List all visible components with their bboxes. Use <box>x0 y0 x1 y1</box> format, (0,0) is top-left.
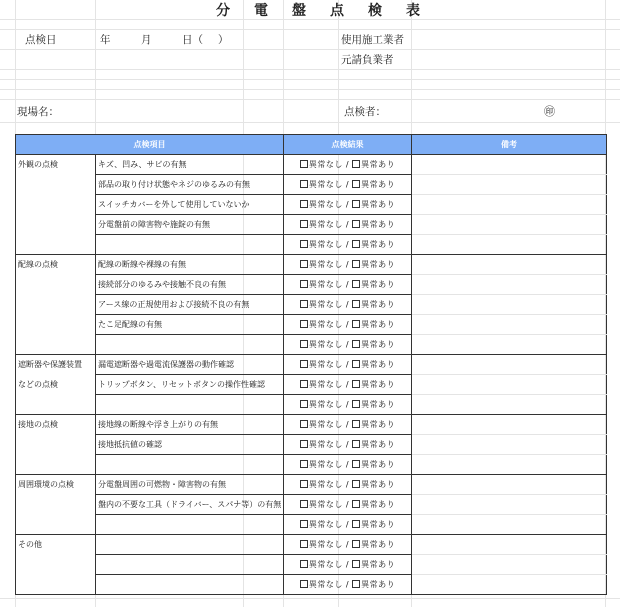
result-separator: / <box>343 460 352 469</box>
inspection-item-cell[interactable] <box>96 395 284 415</box>
abnormality-checkbox[interactable] <box>352 340 360 348</box>
abnormality-checkbox[interactable] <box>352 360 360 368</box>
remarks-cell[interactable] <box>412 255 607 275</box>
remarks-cell[interactable] <box>412 335 607 355</box>
table-row: 接地の点検接地線の断線や浮き上がりの有無異常なし / 異常あり <box>16 415 607 435</box>
table-row: 異常なし / 異常あり <box>16 335 607 355</box>
result-separator: / <box>343 580 352 589</box>
no-abnormality-label: 異常なし <box>309 320 343 329</box>
result-cell: 異常なし / 異常あり <box>284 355 412 375</box>
abnormality-checkbox[interactable] <box>352 460 360 468</box>
remarks-cell[interactable] <box>412 395 607 415</box>
no-abnormality-checkbox[interactable] <box>300 340 308 348</box>
no-abnormality-label: 異常なし <box>309 200 343 209</box>
no-abnormality-checkbox[interactable] <box>300 580 308 588</box>
remarks-cell[interactable] <box>412 415 607 435</box>
contractor-label: 使用施工業者 <box>341 33 404 47</box>
group-label-cell: 遮断器や保護装置 <box>16 355 96 375</box>
group-label-cell <box>16 195 96 215</box>
no-abnormality-checkbox[interactable] <box>300 420 308 428</box>
result-separator: / <box>343 560 352 569</box>
result-separator: / <box>343 180 352 189</box>
inspection-item-cell[interactable] <box>96 535 284 555</box>
inspection-item-cell[interactable] <box>96 335 284 355</box>
inspection-item-cell[interactable]: 接地線の断線や浮き上がりの有無 <box>96 415 284 435</box>
no-abnormality-label: 異常なし <box>309 380 343 389</box>
result-cell: 異常なし / 異常あり <box>284 275 412 295</box>
inspection-item-cell[interactable] <box>96 235 284 255</box>
result-cell: 異常なし / 異常あり <box>284 175 412 195</box>
column-header-remarks: 備考 <box>412 135 607 155</box>
group-label-cell <box>16 495 96 515</box>
group-label-cell: 外観の点検 <box>16 155 96 175</box>
table-row: 遮断器や保護装置漏電遮断器や過電流保護器の動作確認異常なし / 異常あり <box>16 355 607 375</box>
result-separator: / <box>343 380 352 389</box>
weekday-close-paren: ） <box>218 33 229 47</box>
result-separator: / <box>343 400 352 409</box>
inspection-item-cell[interactable]: 分電盤前の障害物や施錠の有無 <box>96 215 284 235</box>
result-separator: / <box>343 440 352 449</box>
no-abnormality-checkbox[interactable] <box>300 360 308 368</box>
abnormality-label: 異常あり <box>361 460 395 469</box>
result-cell: 異常なし / 異常あり <box>284 415 412 435</box>
inspection-item-cell[interactable]: 接地抵抗値の確認 <box>96 435 284 455</box>
inspection-item-cell[interactable]: たこ足配線の有無 <box>96 315 284 335</box>
group-label-cell <box>16 555 96 575</box>
abnormality-checkbox[interactable] <box>352 420 360 428</box>
result-separator: / <box>343 520 352 529</box>
no-abnormality-label: 異常なし <box>309 460 343 469</box>
abnormality-label: 異常あり <box>361 540 395 549</box>
table-row: 接続部分のゆるみや接触不良の有無異常なし / 異常あり <box>16 275 607 295</box>
remarks-cell[interactable] <box>412 575 607 595</box>
group-label-cell <box>16 315 96 335</box>
abnormality-checkbox[interactable] <box>352 160 360 168</box>
result-separator: / <box>343 260 352 269</box>
no-abnormality-checkbox[interactable] <box>300 520 308 528</box>
result-cell: 異常なし / 異常あり <box>284 195 412 215</box>
title-char: 分 <box>216 0 230 20</box>
no-abnormality-checkbox[interactable] <box>300 560 308 568</box>
site-name-label: 現場名： <box>17 105 59 119</box>
result-separator: / <box>343 480 352 489</box>
result-cell: 異常なし / 異常あり <box>284 495 412 515</box>
remarks-cell[interactable] <box>412 535 607 555</box>
table-row: 分電盤前の障害物や施錠の有無異常なし / 異常あり <box>16 215 607 235</box>
abnormality-label: 異常あり <box>361 440 395 449</box>
group-label-cell <box>16 215 96 235</box>
result-separator: / <box>343 420 352 429</box>
table-row: 異常なし / 異常あり <box>16 575 607 595</box>
table-header-row: 点検項目 点検結果 備考 <box>16 135 607 155</box>
no-abnormality-label: 異常なし <box>309 240 343 249</box>
table-row: 周囲環境の点検分電盤周囲の可燃物・障害物の有無異常なし / 異常あり <box>16 475 607 495</box>
abnormality-checkbox[interactable] <box>352 440 360 448</box>
remarks-cell[interactable] <box>412 375 607 395</box>
remarks-cell[interactable] <box>412 355 607 375</box>
inspection-item-cell[interactable]: 配線の断線や裸線の有無 <box>96 255 284 275</box>
no-abnormality-label: 異常なし <box>309 500 343 509</box>
abnormality-label: 異常あり <box>361 580 395 589</box>
result-cell: 異常なし / 異常あり <box>284 475 412 495</box>
result-separator: / <box>343 200 352 209</box>
group-label: 外観の点検 <box>18 160 58 169</box>
group-label: などの点検 <box>18 380 58 389</box>
inspection-item-cell[interactable]: アース線の正規使用および接続不良の有無 <box>96 295 284 315</box>
table-row: 盤内の不要な工具（ドライバー、スパナ等）の有無異常なし / 異常あり <box>16 495 607 515</box>
remarks-cell[interactable] <box>412 175 607 195</box>
year-field[interactable]: 年 <box>100 33 111 47</box>
inspection-item-cell[interactable]: スイッチカバーを外して使用していないか <box>96 195 284 215</box>
group-label: 接地の点検 <box>18 420 58 429</box>
abnormality-checkbox[interactable] <box>352 300 360 308</box>
abnormality-label: 異常あり <box>361 160 395 169</box>
table-body: 外観の点検キズ、凹み、サビの有無異常なし / 異常あり部品の取り付け状態やネジの… <box>16 155 607 595</box>
result-separator: / <box>343 240 352 249</box>
abnormality-checkbox[interactable] <box>352 520 360 528</box>
no-abnormality-label: 異常なし <box>309 180 343 189</box>
no-abnormality-checkbox[interactable] <box>300 200 308 208</box>
no-abnormality-checkbox[interactable] <box>300 320 308 328</box>
abnormality-label: 異常あり <box>361 280 395 289</box>
no-abnormality-checkbox[interactable] <box>300 180 308 188</box>
no-abnormality-checkbox[interactable] <box>300 480 308 488</box>
result-separator: / <box>343 300 352 309</box>
table-row: 異常なし / 異常あり <box>16 455 607 475</box>
no-abnormality-label: 異常なし <box>309 160 343 169</box>
abnormality-checkbox[interactable] <box>352 220 360 228</box>
abnormality-label: 異常あり <box>361 420 395 429</box>
group-label: 周囲環境の点検 <box>18 480 74 489</box>
abnormality-checkbox[interactable] <box>352 320 360 328</box>
title-char: 検 <box>368 0 382 20</box>
title-char: 表 <box>406 0 420 20</box>
abnormality-checkbox[interactable] <box>352 240 360 248</box>
result-cell: 異常なし / 異常あり <box>284 235 412 255</box>
result-cell: 異常なし / 異常あり <box>284 515 412 535</box>
no-abnormality-checkbox[interactable] <box>300 440 308 448</box>
no-abnormality-label: 異常なし <box>309 540 343 549</box>
abnormality-label: 異常あり <box>361 400 395 409</box>
group-label-cell <box>16 435 96 455</box>
group-label-cell: その他 <box>16 535 96 555</box>
table-row: 異常なし / 異常あり <box>16 515 607 535</box>
abnormality-label: 異常あり <box>361 300 395 309</box>
group-label-cell <box>16 395 96 415</box>
inspection-table: 点検項目 点検結果 備考 外観の点検キズ、凹み、サビの有無異常なし / 異常あり… <box>15 134 607 595</box>
no-abnormality-label: 異常なし <box>309 260 343 269</box>
result-cell: 異常なし / 異常あり <box>284 255 412 275</box>
table-row: 異常なし / 異常あり <box>16 395 607 415</box>
group-label-cell <box>16 515 96 535</box>
result-cell: 異常なし / 異常あり <box>284 575 412 595</box>
result-separator: / <box>343 540 352 549</box>
inspection-item-cell[interactable] <box>96 455 284 475</box>
table-row: 異常なし / 異常あり <box>16 235 607 255</box>
seal-icon: ㊞ <box>544 105 555 119</box>
group-label-cell: 配線の点検 <box>16 255 96 275</box>
result-cell: 異常なし / 異常あり <box>284 395 412 415</box>
title-char: 点 <box>330 0 344 20</box>
no-abnormality-checkbox[interactable] <box>300 240 308 248</box>
abnormality-label: 異常あり <box>361 500 395 509</box>
no-abnormality-label: 異常なし <box>309 420 343 429</box>
abnormality-checkbox[interactable] <box>352 540 360 548</box>
no-abnormality-label: 異常なし <box>309 280 343 289</box>
result-cell: 異常なし / 異常あり <box>284 155 412 175</box>
abnormality-label: 異常あり <box>361 220 395 229</box>
no-abnormality-label: 異常なし <box>309 400 343 409</box>
remarks-cell[interactable] <box>412 555 607 575</box>
result-cell: 異常なし / 異常あり <box>284 535 412 555</box>
table-row: 異常なし / 異常あり <box>16 555 607 575</box>
inspector-label: 点検者： <box>344 105 386 119</box>
table-row: 配線の点検配線の断線や裸線の有無異常なし / 異常あり <box>16 255 607 275</box>
title-char: 電 <box>254 0 268 20</box>
group-label-cell <box>16 455 96 475</box>
abnormality-label: 異常あり <box>361 200 395 209</box>
abnormality-checkbox[interactable] <box>352 380 360 388</box>
inspection-item-cell[interactable]: 接続部分のゆるみや接触不良の有無 <box>96 275 284 295</box>
abnormality-checkbox[interactable] <box>352 580 360 588</box>
abnormality-checkbox[interactable] <box>352 180 360 188</box>
no-abnormality-checkbox[interactable] <box>300 500 308 508</box>
no-abnormality-checkbox[interactable] <box>300 460 308 468</box>
abnormality-label: 異常あり <box>361 240 395 249</box>
group-label-cell <box>16 175 96 195</box>
group-label-cell <box>16 235 96 255</box>
inspection-item-cell[interactable]: 部品の取り付け状態やネジのゆるみの有無 <box>96 175 284 195</box>
no-abnormality-checkbox[interactable] <box>300 260 308 268</box>
result-separator: / <box>343 220 352 229</box>
result-separator: / <box>343 360 352 369</box>
remarks-cell[interactable] <box>412 235 607 255</box>
inspection-item-cell[interactable] <box>96 515 284 535</box>
abnormality-checkbox[interactable] <box>352 480 360 488</box>
result-cell: 異常なし / 異常あり <box>284 555 412 575</box>
table-row: 接地抵抗値の確認異常なし / 異常あり <box>16 435 607 455</box>
table-row: その他異常なし / 異常あり <box>16 535 607 555</box>
table-row: たこ足配線の有無異常なし / 異常あり <box>16 315 607 335</box>
abnormality-checkbox[interactable] <box>352 500 360 508</box>
group-label-cell <box>16 295 96 315</box>
remarks-cell[interactable] <box>412 215 607 235</box>
remarks-cell[interactable] <box>412 495 607 515</box>
table-row: アース線の正規使用および接続不良の有無異常なし / 異常あり <box>16 295 607 315</box>
no-abnormality-checkbox[interactable] <box>300 160 308 168</box>
result-separator: / <box>343 160 352 169</box>
group-label-cell <box>16 335 96 355</box>
remarks-cell[interactable] <box>412 155 607 175</box>
title-char: 盤 <box>292 0 306 20</box>
result-cell: 異常なし / 異常あり <box>284 335 412 355</box>
abnormality-label: 異常あり <box>361 520 395 529</box>
no-abnormality-checkbox[interactable] <box>300 220 308 228</box>
no-abnormality-label: 異常なし <box>309 220 343 229</box>
abnormality-label: 異常あり <box>361 340 395 349</box>
abnormality-checkbox[interactable] <box>352 560 360 568</box>
result-cell: 異常なし / 異常あり <box>284 215 412 235</box>
page-title: 分 電 盤 点 検 表 <box>200 1 430 19</box>
month-field[interactable]: 月 <box>141 33 152 47</box>
no-abnormality-label: 異常なし <box>309 340 343 349</box>
day-field[interactable]: 日（ <box>182 33 203 47</box>
inspection-item-cell[interactable]: キズ、凹み、サビの有無 <box>96 155 284 175</box>
abnormality-checkbox[interactable] <box>352 200 360 208</box>
inspection-date-label: 点検日 <box>25 33 57 47</box>
abnormality-checkbox[interactable] <box>352 400 360 408</box>
remarks-cell[interactable] <box>412 275 607 295</box>
result-cell: 異常なし / 異常あり <box>284 295 412 315</box>
abnormality-label: 異常あり <box>361 260 395 269</box>
remarks-cell[interactable] <box>412 315 607 335</box>
column-header-result: 点検結果 <box>284 135 412 155</box>
result-separator: / <box>343 500 352 509</box>
result-cell: 異常なし / 異常あり <box>284 375 412 395</box>
no-abnormality-label: 異常なし <box>309 440 343 449</box>
result-separator: / <box>343 280 352 289</box>
remarks-cell[interactable] <box>412 475 607 495</box>
abnormality-checkbox[interactable] <box>352 280 360 288</box>
no-abnormality-checkbox[interactable] <box>300 380 308 388</box>
abnormality-label: 異常あり <box>361 360 395 369</box>
table-row: 外観の点検キズ、凹み、サビの有無異常なし / 異常あり <box>16 155 607 175</box>
no-abnormality-checkbox[interactable] <box>300 540 308 548</box>
abnormality-label: 異常あり <box>361 320 395 329</box>
no-abnormality-checkbox[interactable] <box>300 400 308 408</box>
inspection-item-cell[interactable] <box>96 555 284 575</box>
remarks-cell[interactable] <box>412 515 607 535</box>
abnormality-label: 異常あり <box>361 560 395 569</box>
no-abnormality-label: 異常なし <box>309 360 343 369</box>
result-separator: / <box>343 340 352 349</box>
group-label-cell <box>16 575 96 595</box>
column-header-inspection-item: 点検項目 <box>16 135 284 155</box>
abnormality-checkbox[interactable] <box>352 260 360 268</box>
inspection-item-cell[interactable]: 盤内の不要な工具（ドライバー、スパナ等）の有無 <box>96 495 284 515</box>
result-cell: 異常なし / 異常あり <box>284 435 412 455</box>
no-abnormality-label: 異常なし <box>309 480 343 489</box>
no-abnormality-label: 異常なし <box>309 580 343 589</box>
no-abnormality-label: 異常なし <box>309 300 343 309</box>
remarks-cell[interactable] <box>412 295 607 315</box>
remarks-cell[interactable] <box>412 435 607 455</box>
no-abnormality-checkbox[interactable] <box>300 280 308 288</box>
inspection-item-cell[interactable] <box>96 575 284 595</box>
group-label: 配線の点検 <box>18 260 58 269</box>
abnormality-label: 異常あり <box>361 380 395 389</box>
inspection-item-cell[interactable]: 分電盤周囲の可燃物・障害物の有無 <box>96 475 284 495</box>
inspection-item-cell[interactable]: 漏電遮断器や過電流保護器の動作確認 <box>96 355 284 375</box>
abnormality-label: 異常あり <box>361 480 395 489</box>
group-label-cell: 周囲環境の点検 <box>16 475 96 495</box>
no-abnormality-label: 異常なし <box>309 520 343 529</box>
group-label-cell <box>16 275 96 295</box>
inspection-item-cell[interactable]: トリップボタン、リセットボタンの操作性確認 <box>96 375 284 395</box>
no-abnormality-label: 異常なし <box>309 560 343 569</box>
table-row: などの点検トリップボタン、リセットボタンの操作性確認異常なし / 異常あり <box>16 375 607 395</box>
group-label-cell: 接地の点検 <box>16 415 96 435</box>
group-label-cell: などの点検 <box>16 375 96 395</box>
result-cell: 異常なし / 異常あり <box>284 315 412 335</box>
prime-contractor-label: 元請負業者 <box>341 53 394 67</box>
group-label: その他 <box>18 540 42 549</box>
result-cell: 異常なし / 異常あり <box>284 455 412 475</box>
group-label: 遮断器や保護装置 <box>18 360 82 369</box>
abnormality-label: 異常あり <box>361 180 395 189</box>
result-separator: / <box>343 320 352 329</box>
remarks-cell[interactable] <box>412 455 607 475</box>
remarks-cell[interactable] <box>412 195 607 215</box>
no-abnormality-checkbox[interactable] <box>300 300 308 308</box>
table-row: スイッチカバーを外して使用していないか異常なし / 異常あり <box>16 195 607 215</box>
table-row: 部品の取り付け状態やネジのゆるみの有無異常なし / 異常あり <box>16 175 607 195</box>
